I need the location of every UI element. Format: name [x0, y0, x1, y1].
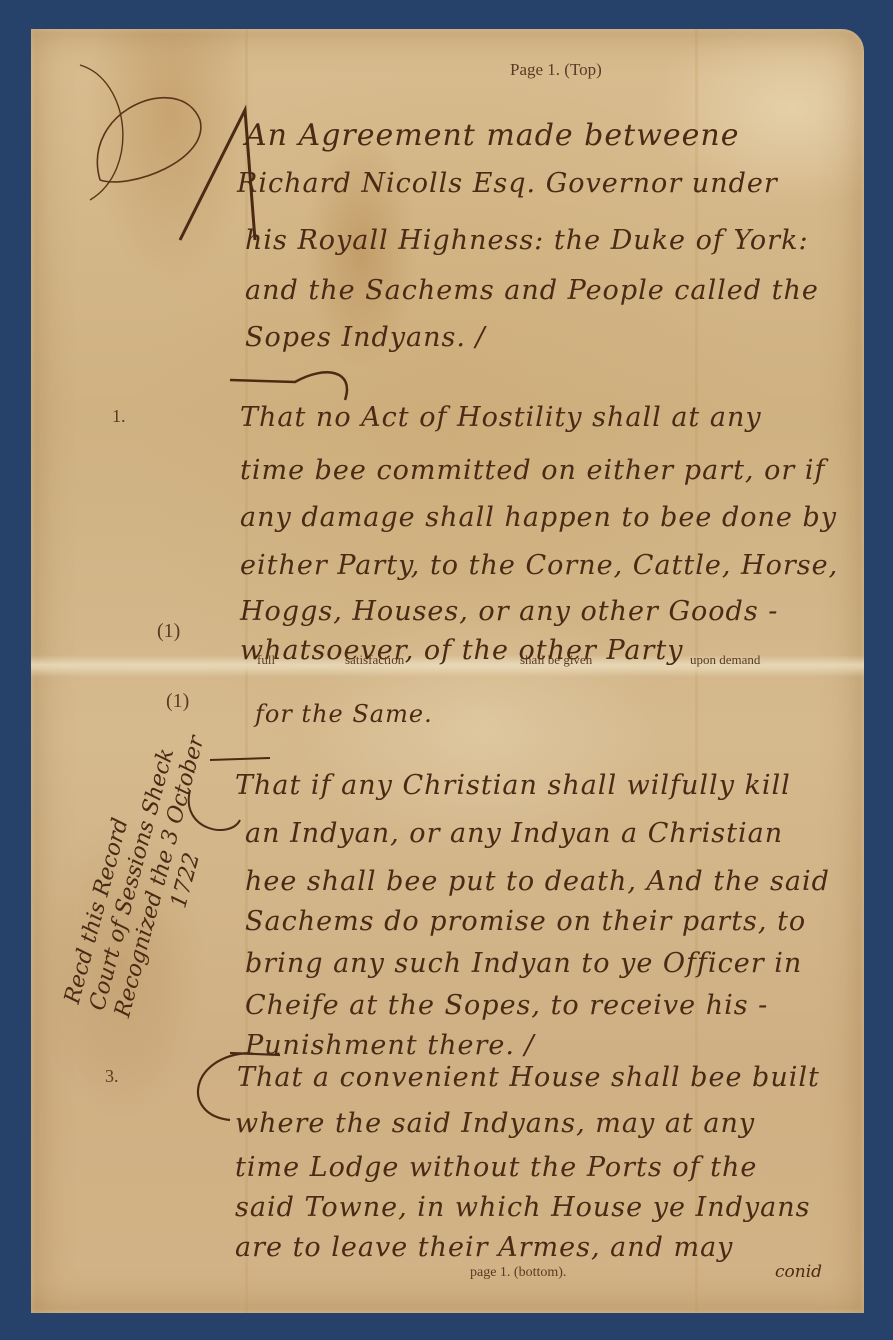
article-line: hee shall bee put to death, And the said: [245, 866, 830, 897]
article-line: Sachems do promise on their parts, to: [245, 906, 806, 937]
heading-line: Sopes Indyans. /: [245, 322, 486, 353]
article-line: said Towne, in which House ye Indyans: [235, 1192, 810, 1223]
heading-line: Richard Nicolls Esq. Governor under: [237, 168, 778, 199]
article-line: time Lodge without the Ports of the: [235, 1152, 757, 1183]
heading-line: An Agreement made betweene: [245, 118, 739, 153]
article-line: an Indyan, or any Indyan a Christian: [245, 818, 783, 849]
article-line: where the said Indyans, may at any: [235, 1108, 755, 1139]
article-line: Hoggs, Houses, or any other Goods -: [240, 596, 778, 627]
continued-mark: conid: [775, 1262, 822, 1282]
article-line: bring any such Indyan to ye Officer in: [245, 948, 802, 979]
margin-mark: (1): [157, 620, 180, 643]
interlinear-note: satisfaction: [345, 652, 404, 668]
heading-line: his Royall Highness: the Duke of York:: [245, 225, 809, 256]
page-bottom-annotation: page 1. (bottom).: [470, 1265, 566, 1281]
interlinear-note: full: [257, 652, 275, 668]
margin-mark: (1): [166, 690, 189, 713]
interlinear-note: upon demand: [690, 652, 760, 668]
article-line: Cheife at the Sopes, to receive his -: [245, 990, 768, 1021]
article-line: That if any Christian shall wilfully kil…: [235, 770, 791, 801]
article-continuation: for the Same.: [255, 700, 433, 728]
article-line: That no Act of Hostility shall at any: [240, 402, 762, 433]
interlinear-note: shall be given: [520, 652, 592, 668]
article-line: any damage shall happen to bee done by: [240, 502, 837, 533]
heading-line: and the Sachems and People called the: [245, 275, 819, 306]
article-line: either Party, to the Corne, Cattle, Hors…: [240, 550, 838, 581]
article-line: Punishment there. /: [245, 1030, 535, 1061]
article-number: 1.: [112, 406, 126, 427]
article-line: That a convenient House shall bee built: [237, 1062, 820, 1093]
article-number: 3.: [105, 1066, 119, 1087]
page-top-annotation: Page 1. (Top): [510, 60, 602, 80]
article-line: time bee committed on either part, or if: [240, 455, 825, 486]
article-line: whatsoever, of the other Party: [240, 635, 684, 666]
article-line: are to leave their Armes, and may: [235, 1232, 733, 1263]
